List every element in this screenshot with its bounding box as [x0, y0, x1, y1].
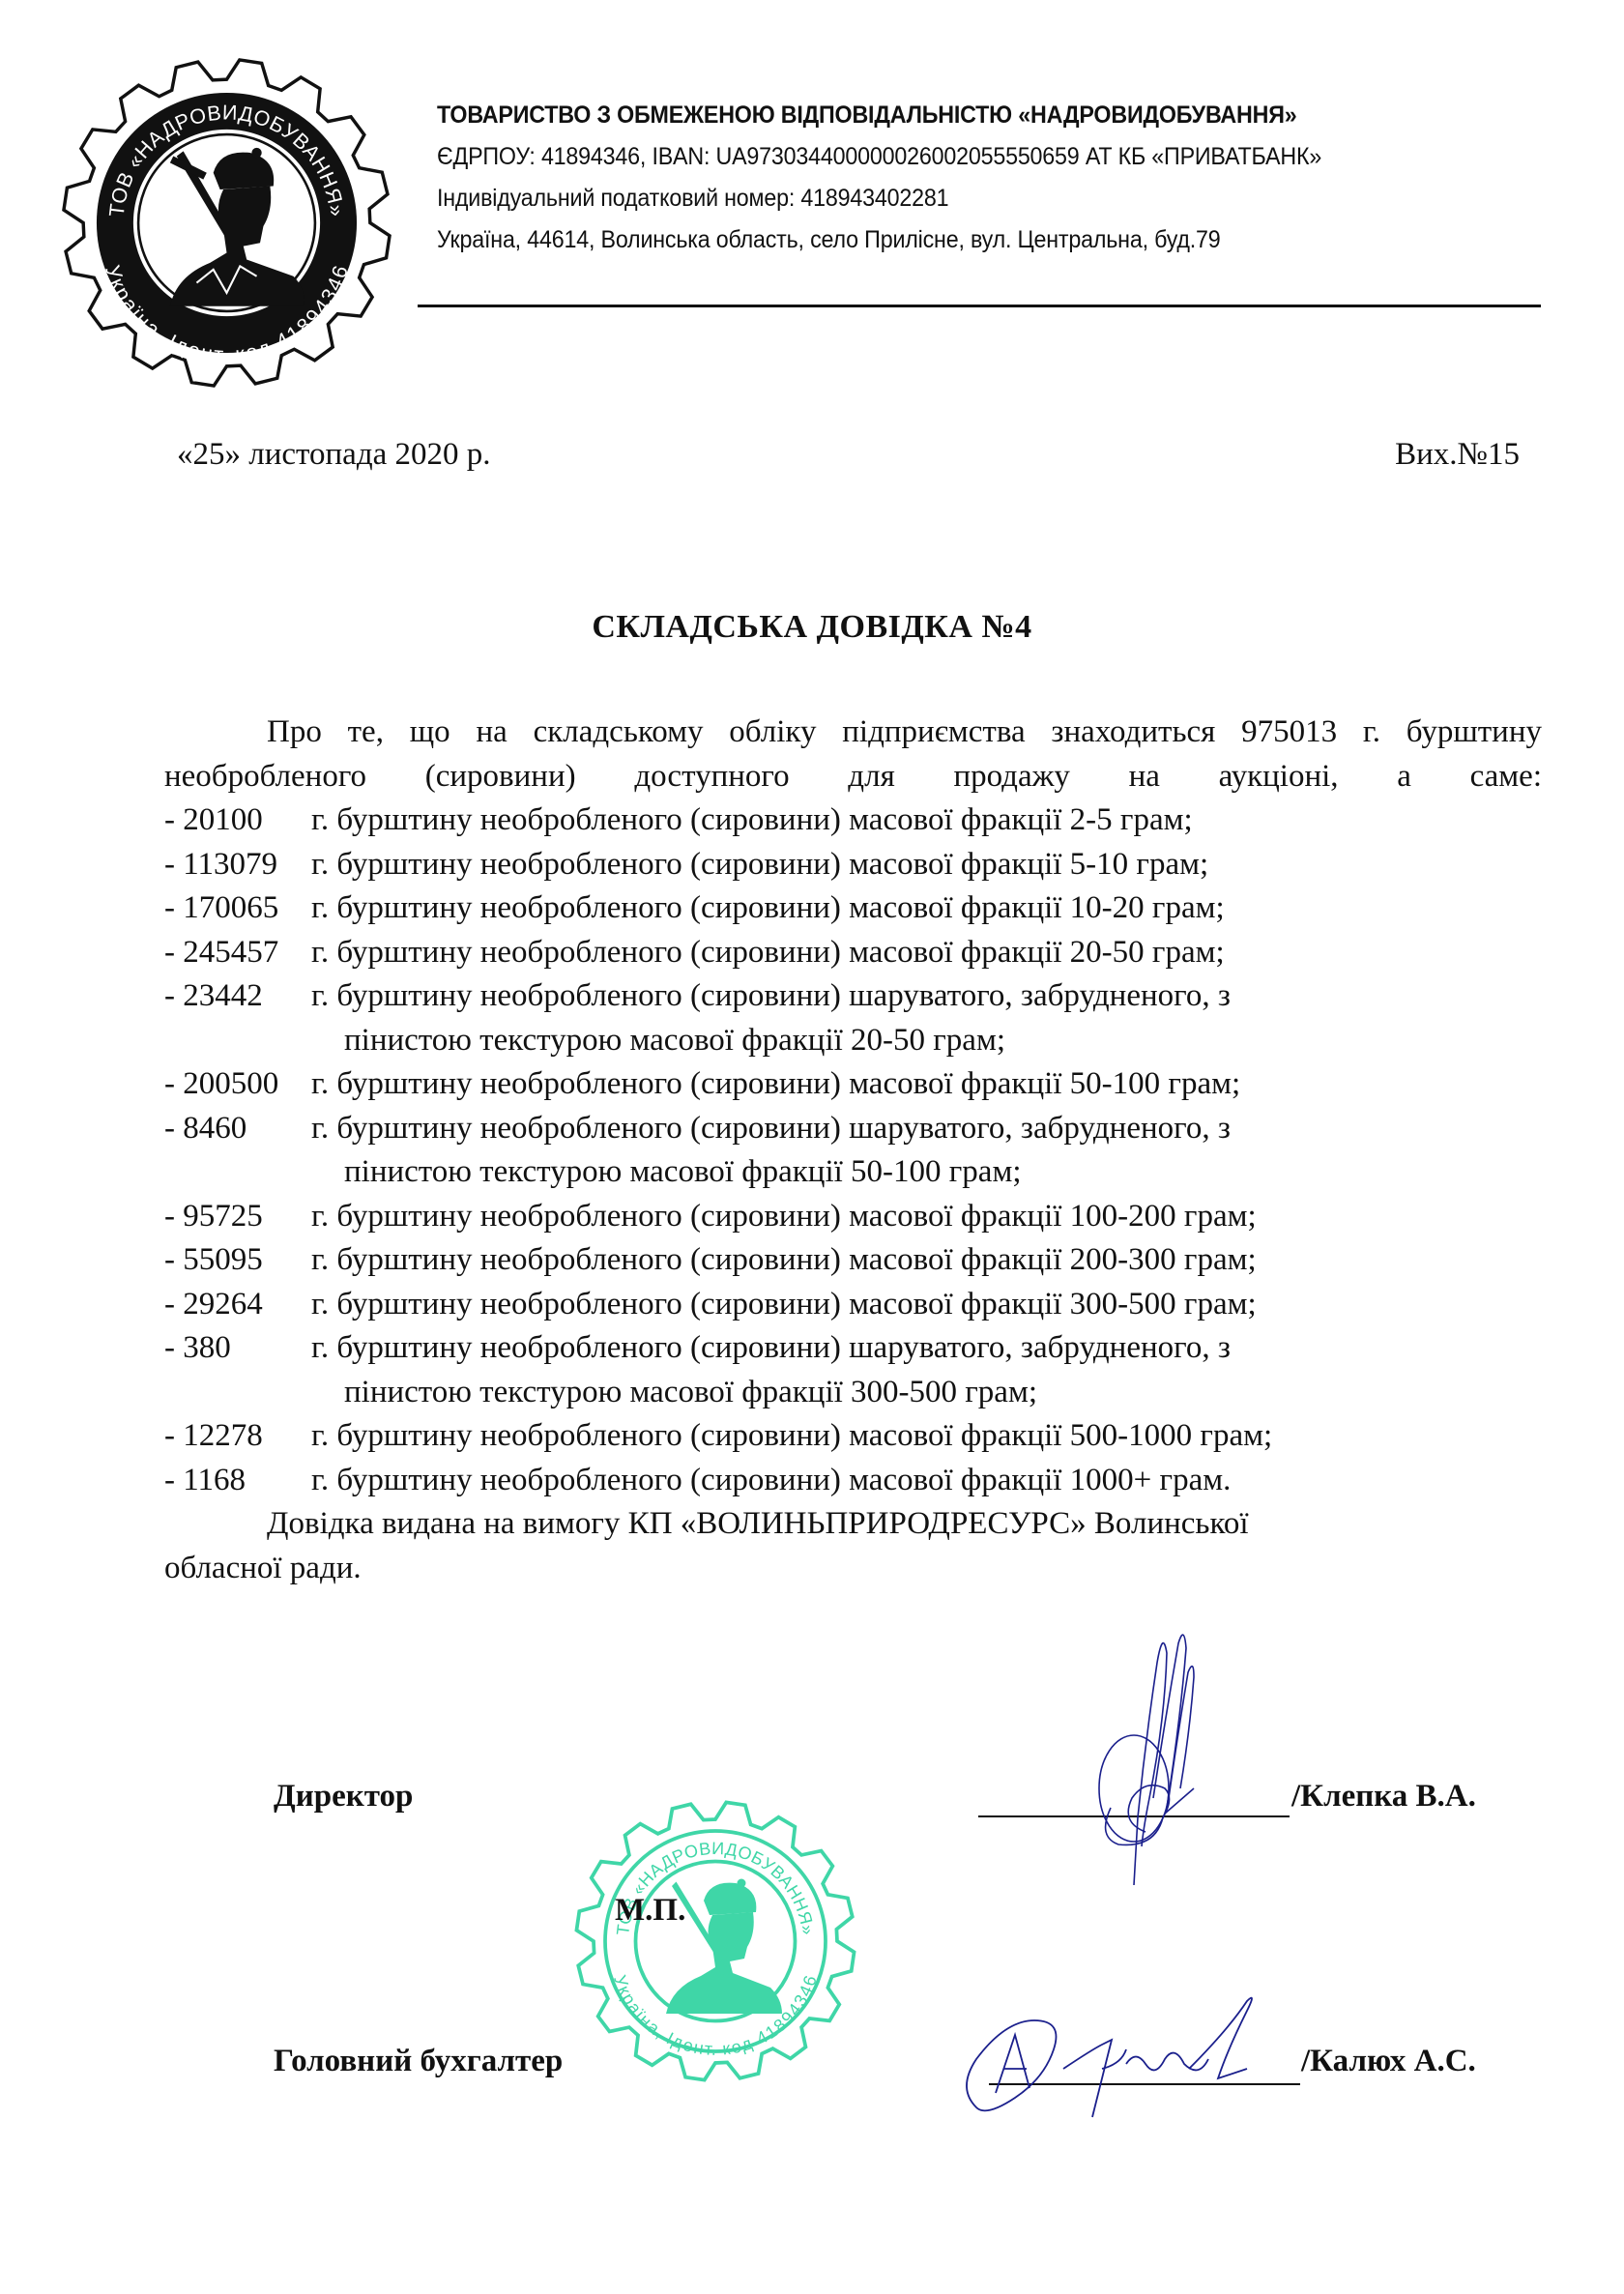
item-description-text: г. бурштину необробленого (сировини) мас… [311, 1287, 1257, 1321]
seal-place-label: М.П. [615, 1893, 685, 1929]
company-registration: ЄДРПОУ: 41894346, IBAN: UA97303440000002… [437, 143, 1321, 171]
item-quantity: - 12278 [164, 1414, 311, 1459]
item-quantity: - 29264 [164, 1283, 311, 1327]
inventory-item: - 113079г. бурштину необробленого (сиров… [164, 843, 1542, 887]
item-description: г. бурштину необробленого (сировини) мас… [311, 886, 1542, 931]
item-description: г. бурштину необробленого (сировини) шар… [311, 1326, 1542, 1414]
item-quantity: - 200500 [164, 1062, 311, 1107]
item-quantity: - 380 [164, 1326, 311, 1414]
inventory-item: - 12278г. бурштину необробленого (сирови… [164, 1414, 1542, 1459]
director-label: Директор [274, 1779, 413, 1815]
closing-line: Довідка видана на вимогу КП «ВОЛИНЬПРИРО… [164, 1502, 1542, 1547]
document-date: «25» листопада 2020 р. [177, 437, 491, 473]
item-description: г. бурштину необробленого (сировини) мас… [311, 1459, 1542, 1503]
item-description: г. бурштину необробленого (сировини) мас… [311, 1195, 1542, 1239]
item-quantity: - 95725 [164, 1195, 311, 1239]
item-quantity: - 20100 [164, 799, 311, 843]
inventory-item: - 8460г. бурштину необробленого (сировин… [164, 1107, 1542, 1195]
item-description-text: г. бурштину необробленого (сировини) мас… [311, 890, 1225, 925]
inventory-item: - 200500г. бурштину необробленого (сиров… [164, 1062, 1542, 1107]
item-quantity: - 8460 [164, 1107, 311, 1195]
item-description-text: г. бурштину необробленого (сировини) мас… [311, 1066, 1240, 1101]
item-description-continued: пінистою текстурою масової фракції 50-10… [311, 1150, 1542, 1195]
item-description: г. бурштину необробленого (сировини) мас… [311, 1283, 1542, 1327]
intro-paragraph: Про те, що на складському обліку підприє… [164, 711, 1542, 799]
director-name: /Клепка В.А. [1291, 1779, 1476, 1815]
inventory-item: - 170065г. бурштину необробленого (сиров… [164, 886, 1542, 931]
inventory-item: - 20100г. бурштину необробленого (сирови… [164, 799, 1542, 843]
item-description-text: г. бурштину необробленого (сировини) мас… [311, 1418, 1272, 1453]
item-description: г. бурштину необробленого (сировини) мас… [311, 843, 1542, 887]
company-seal-miner-icon: ТОВ «НАДРОВИДОБУВАННЯ» Україна, Ідент. к… [60, 56, 393, 390]
chief-accountant-signature [957, 1991, 1305, 2127]
item-description-continued: пінистою текстурою масової фракції 300-5… [311, 1371, 1542, 1415]
inventory-item: - 1168г. бурштину необробленого (сировин… [164, 1459, 1542, 1503]
company-name: ТОВАРИСТВО З ОБМЕЖЕНОЮ ВІДПОВІДАЛЬНІСТЮ … [437, 102, 1297, 130]
inventory-item: - 55095г. бурштину необробленого (сирови… [164, 1238, 1542, 1283]
item-description: г. бурштину необробленого (сировини) мас… [311, 931, 1542, 975]
item-quantity: - 1168 [164, 1459, 311, 1503]
letterhead-divider [418, 305, 1541, 307]
item-description-text: г. бурштину необробленого (сировини) мас… [311, 847, 1208, 882]
inventory-list: - 20100г. бурштину необробленого (сирови… [164, 799, 1542, 1502]
document-body: Про те, що на складському обліку підприє… [164, 711, 1542, 1590]
item-description-text: г. бурштину необробленого (сировини) мас… [311, 1199, 1257, 1234]
item-quantity: - 55095 [164, 1238, 311, 1283]
item-description: г. бурштину необробленого (сировини) мас… [311, 799, 1542, 843]
item-description: г. бурштину необробленого (сировини) шар… [311, 974, 1542, 1062]
inventory-item: - 245457г. бурштину необробленого (сиров… [164, 931, 1542, 975]
item-description-text: г. бурштину необробленого (сировини) шар… [311, 978, 1231, 1013]
item-description: г. бурштину необробленого (сировини) мас… [311, 1062, 1542, 1107]
outgoing-number: Вих.№15 [1395, 437, 1520, 473]
inventory-item: - 380г. бурштину необробленого (сировини… [164, 1326, 1542, 1414]
item-quantity: - 23442 [164, 974, 311, 1062]
chief-accountant-name: /Калюх А.С. [1301, 2044, 1476, 2079]
item-quantity: - 170065 [164, 886, 311, 931]
inventory-item: - 95725г. бурштину необробленого (сирови… [164, 1195, 1542, 1239]
director-signature [1049, 1624, 1242, 1895]
closing-line-continued: обласної ради. [164, 1547, 1542, 1591]
chief-accountant-label: Головний бухгалтер [274, 2044, 563, 2079]
company-tax-number: Індивідуальний податковий номер: 4189434… [437, 185, 948, 213]
item-quantity: - 113079 [164, 843, 311, 887]
inventory-item: - 23442г. бурштину необробленого (сирови… [164, 974, 1542, 1062]
item-description-text: г. бурштину необробленого (сировини) мас… [311, 1242, 1257, 1277]
company-address: Україна, 44614, Волинська область, село … [437, 226, 1221, 254]
item-description-text: г. бурштину необробленого (сировини) шар… [311, 1330, 1231, 1365]
item-description-text: г. бурштину необробленого (сировини) мас… [311, 935, 1225, 970]
company-stamp: ТОВ «НАДРОВИДОБУВАННЯ» Україна, Ідент. к… [566, 1796, 864, 2086]
item-description-text: г. бурштину необробленого (сировини) мас… [311, 1463, 1231, 1497]
item-description-text: г. бурштину необробленого (сировини) шар… [311, 1111, 1231, 1146]
document-title: СКЛАДСЬКА ДОВІДКА №4 [0, 609, 1624, 646]
item-description: г. бурштину необробленого (сировини) мас… [311, 1238, 1542, 1283]
item-description: г. бурштину необробленого (сировини) мас… [311, 1414, 1542, 1459]
stamp-seal-icon: ТОВ «НАДРОВИДОБУВАННЯ» Україна, Ідент. к… [566, 1796, 864, 2086]
item-description-text: г. бурштину необробленого (сировини) мас… [311, 802, 1193, 837]
item-description-continued: пінистою текстурою масової фракції 20-50… [311, 1019, 1542, 1063]
item-description: г. бурштину необробленого (сировини) шар… [311, 1107, 1542, 1195]
inventory-item: - 29264г. бурштину необробленого (сирови… [164, 1283, 1542, 1327]
item-quantity: - 245457 [164, 931, 311, 975]
company-logo-seal: ТОВ «НАДРОВИДОБУВАННЯ» Україна, Ідент. к… [60, 56, 393, 390]
